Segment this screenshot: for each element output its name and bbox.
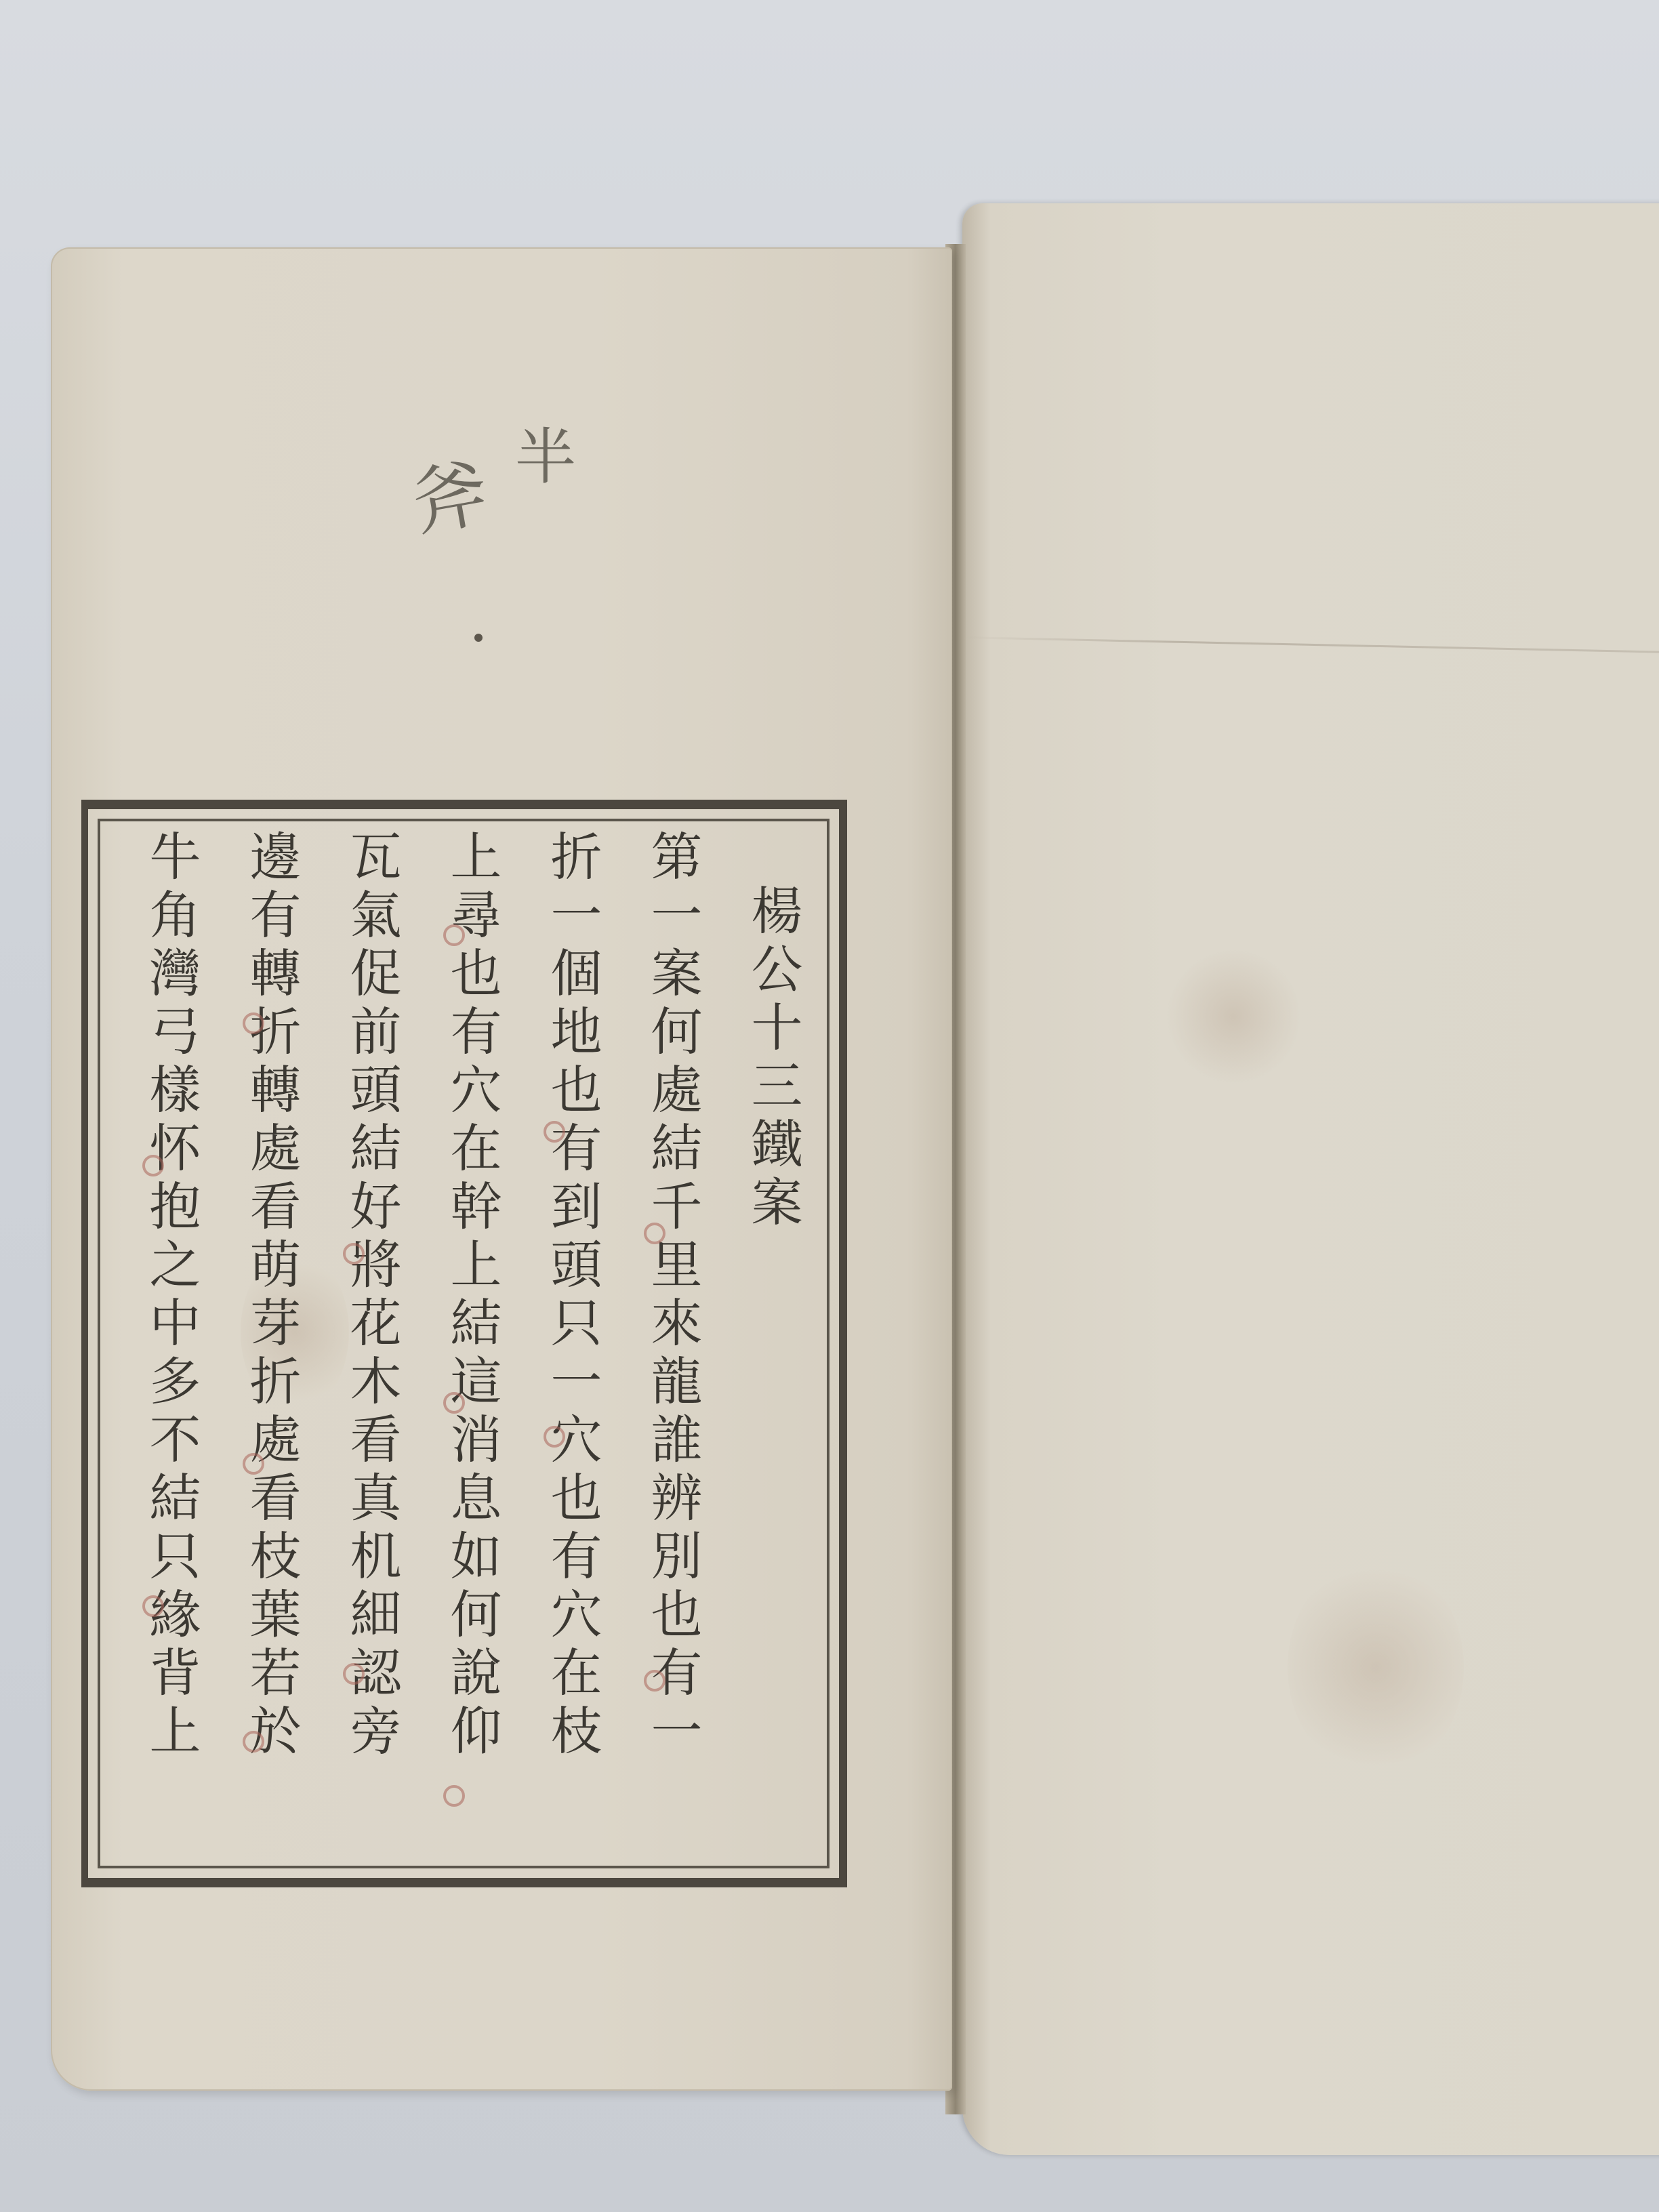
text-column: 第一案何處結千里來龍誰辨別也有一 bbox=[617, 829, 698, 1864]
annotation-char: 斧 bbox=[407, 455, 493, 541]
column-text: 邊有轉折轉處看萌芽折處看枝葉若於 bbox=[241, 829, 302, 1762]
text-column: 牛角灣弓樣怀抱之中多不結只緣背上 bbox=[115, 829, 197, 1864]
punctuation-circle bbox=[443, 924, 465, 946]
column-text: 瓦氣促前頭結好將花木看真机細認旁 bbox=[342, 829, 402, 1762]
text-column: 瓦氣促前頭結好將花木看真机細認旁 bbox=[316, 829, 397, 1864]
text-frame-border: 楊公十三鐵案 第一案何處結千里來龍誰辨別也有一 折一個地也有到頭只一穴也有穴在枝… bbox=[81, 800, 847, 1887]
text-column-title: 楊公十三鐵案 bbox=[717, 829, 798, 1864]
handwritten-annotation: 半 斧 bbox=[413, 413, 590, 549]
text-column: 折一個地也有到頭只一穴也有穴在枝 bbox=[516, 829, 598, 1864]
punctuation-circle bbox=[443, 1392, 465, 1414]
water-stain bbox=[1166, 949, 1301, 1084]
punctuation-circle bbox=[142, 1155, 164, 1176]
punctuation-circle bbox=[142, 1595, 164, 1617]
right-page-blank bbox=[962, 203, 1659, 2155]
column-text: 上尋也有穴在幹上結這消息如何說仰 bbox=[442, 829, 502, 1762]
punctuation-circle bbox=[343, 1663, 365, 1685]
punctuation-circle bbox=[644, 1670, 665, 1692]
water-stain bbox=[1288, 1559, 1464, 1776]
ink-dot bbox=[474, 634, 483, 642]
text-column: 上尋也有穴在幹上結這消息如何說仰 bbox=[416, 829, 497, 1864]
punctuation-circle bbox=[243, 1731, 264, 1753]
punctuation-circle bbox=[544, 1426, 565, 1448]
punctuation-circle bbox=[443, 1785, 465, 1807]
column-text: 牛角灣弓樣怀抱之中多不結只緣背上 bbox=[141, 829, 201, 1762]
annotation-char: 半 bbox=[515, 427, 576, 488]
column-text: 折一個地也有到頭只一穴也有穴在枝 bbox=[542, 829, 602, 1762]
punctuation-circle bbox=[544, 1121, 565, 1143]
punctuation-circle bbox=[243, 1012, 264, 1034]
punctuation-circle bbox=[243, 1453, 264, 1475]
text-column: 邊有轉折轉處看萌芽折處看枝葉若於 bbox=[216, 829, 297, 1864]
column-text: 第一案何處結千里來龍誰辨別也有一 bbox=[642, 829, 703, 1762]
punctuation-circle bbox=[343, 1243, 365, 1265]
text-columns: 楊公十三鐵案 第一案何處結千里來龍誰辨別也有一 折一個地也有到頭只一穴也有穴在枝… bbox=[115, 829, 798, 1864]
punctuation-circle bbox=[644, 1223, 665, 1244]
